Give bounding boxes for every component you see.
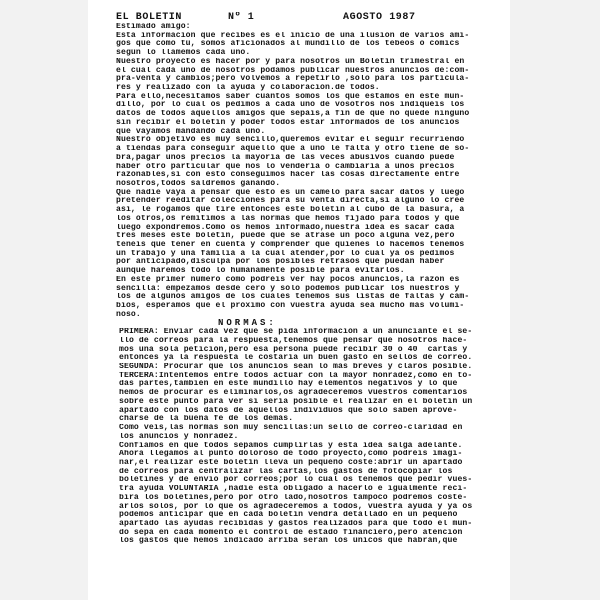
text-line: llo de correos para la respuesta,tenemos… [119,337,510,346]
text-line: que vayamos mandando cada uno. [116,128,510,137]
text-line: bios, esperamos que el próximo con vuest… [116,302,510,311]
text-line: SEGUNDA: Procurar que los anuncios sean … [119,363,510,372]
issue-date: AGOSTO 1987 [343,12,416,23]
text-line: res y realizado con la ayuda y colaborac… [116,84,510,93]
text-line: aunque haremos todo lo humanamente posib… [116,267,510,276]
text-line: así, le rogamos que tire entonces este b… [116,206,510,215]
text-line: Que nadie vaya a pensar que esto es un c… [116,189,510,198]
text-line: birá los boletines,pero por otro lado,no… [119,494,510,503]
text-line: el cual cada uno de nosotros podamos pub… [116,67,510,76]
text-line: nosotros,todos saldremos ganando. [116,180,510,189]
text-line: pretender reeditar colecciones para su v… [116,197,510,206]
text-line: hemos de procurar es eliminarlos,os agra… [119,389,510,398]
text-line: los anuncios y honradez. [119,433,510,442]
text-line: boletines y de envio por correos;por lo … [119,476,510,485]
text-line: un trabajo y una familia a la cual atend… [116,250,510,259]
text-line: luego expondremos.Como os hemos informad… [116,224,510,233]
text-line: por anticipado,disculpa por los posibles… [116,258,510,267]
issue-number: Nº 1 [228,12,343,23]
document-page: EL BOLETINNº 1AGOSTO 1987 Estimado amigo… [88,0,510,600]
greeting: Estimado amigo: [116,23,510,32]
text-line: nar,el realizar este boletín lleva un pe… [119,459,510,468]
text-line: charse de la buena fe de los demás. [119,415,510,424]
text-line: arlos solos, por lo que os agradeceremos… [119,503,510,512]
text-line: haber otro particular que nos lo venderí… [116,163,510,172]
text-line: sin recibir el boletín y poder todos est… [116,119,510,128]
text-line: los gastos que hemos indicado arriba ser… [119,537,510,546]
text-line: noso. [116,311,510,320]
text-line: Confiamos en que todos sepamos cumplirla… [119,442,510,451]
text-line: En este primer número como podréis ver h… [116,276,510,285]
text-line: sencilla: empezamos desde cero y sólo po… [116,285,510,294]
text-line: tenéis que tener en cuenta y comprender … [116,241,510,250]
text-line: los de algunos amigos de los cuales tene… [116,293,510,302]
text-line: apartado las ayudas recibidas y gastos r… [119,520,510,529]
text-line: Ahora llegamos al punto doloroso de todo… [119,450,510,459]
masthead: EL BOLETINNº 1AGOSTO 1987 [116,12,510,23]
text-line: do sepa en cada momento el control de es… [119,529,510,538]
text-line: bra,pagar unos precios la mayoría de las… [116,154,510,163]
text-line: entonces ya la respuesta le costaría un … [119,354,510,363]
text-line: de correos para centralizar las cartas,l… [119,468,510,477]
text-line: a tiendas para conseguir aquello que a u… [116,145,510,154]
text-line: Esta información que recibes es el inici… [116,32,510,41]
normas-heading: NORMAS: [218,319,510,328]
text-line: sobre este punto para ver si sería posib… [119,398,510,407]
text-line: Como veis,las normas son muy sencillas:u… [119,424,510,433]
text-line: pra-venta y cambios;pero volvemos a repe… [116,75,510,84]
text-line: gos que como tú, somos aficionados al mu… [116,40,510,49]
text-line: mos una sola petición,pero esa persona p… [119,346,510,355]
text-line: podemos anticipar que en cada boletín ve… [119,511,510,520]
text-line: tres meses este boletín, puede que se at… [116,232,510,241]
text-line: los otros,os remitimos a las normas que … [116,215,510,224]
text-line: datos de todos aquellos amigos que sepái… [116,110,510,119]
text-line: TERCERA:Intentemos entre todos actuar co… [119,372,510,381]
publication-title: EL BOLETIN [116,12,228,23]
normas-section: PRIMERA: Enviar cada vez que se pida inf… [119,328,510,546]
intro-section: Esta información que recibes es el inici… [116,32,510,320]
text-line: tra ayuda VOLUNTARIA ,nadie está obligad… [119,485,510,494]
text-line: dillo, por lo cual os pedimos a cada uno… [116,101,510,110]
text-line: razonables,si con esto conseguimos hacer… [116,171,510,180]
text-line: apartado con los datos de aquellos indiv… [119,407,510,416]
text-line: Para ello,necesitamos saber cuántos somo… [116,93,510,102]
text-line: Nuestro objetivo es muy sencillo,queremo… [116,136,510,145]
text-line: PRIMERA: Enviar cada vez que se pida inf… [119,328,510,337]
document-body: EL BOLETINNº 1AGOSTO 1987 Estimado amigo… [88,12,510,546]
text-line: das partes,también en este mundillo hay … [119,380,510,389]
text-line: según lo llamemos cada uno. [116,49,510,58]
text-line: Nuestro proyecto es hacer por y para nos… [116,58,510,67]
